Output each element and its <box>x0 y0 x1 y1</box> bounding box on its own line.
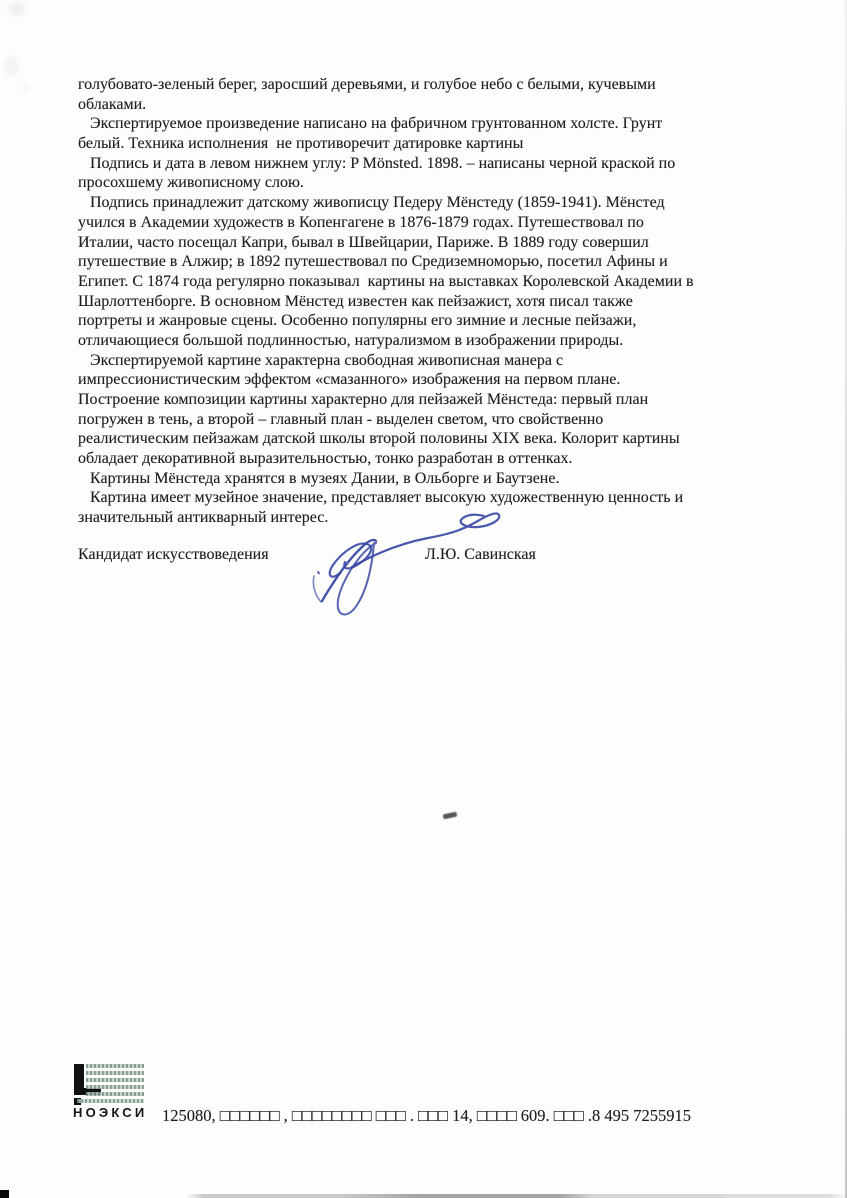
text-line: просохшему живописному слою. <box>78 173 768 193</box>
text-line: отличающиеся большой подлинностью, натур… <box>78 331 768 351</box>
signature-ink <box>300 498 515 633</box>
text-line: Подпись и дата в левом нижнем углу: P Mö… <box>78 154 768 174</box>
text-line: импрессионистическим эффектом «смазанног… <box>78 370 768 390</box>
text-line: реалистическим пейзажам датской школы вт… <box>78 429 768 449</box>
scan-smudge-top-left <box>8 2 26 16</box>
logo-microtext-row <box>86 1085 144 1089</box>
text-line: Картины Мёнстеда хранятся в музеях Дании… <box>78 469 768 489</box>
logo-microtext-row <box>77 1099 144 1103</box>
signer-title-label: Кандидат искусствоведения <box>78 546 269 564</box>
document-text-block: голубовато-зеленый берег, заросший дерев… <box>78 75 768 528</box>
text-line: учился в Академии художеств в Копенгаген… <box>78 213 768 233</box>
text-line: путешествие в Алжир; в 1892 путешествова… <box>78 252 768 272</box>
text-line: Италии, часто посещал Капри, бывал в Шве… <box>78 233 768 253</box>
footer-address: 125080, □□□□□□ , □□□□□□□□ □□□ . □□□ 14, … <box>162 1106 691 1126</box>
logo-wordmark: НОЭКСИ <box>73 1105 147 1120</box>
logo-microtext-row <box>86 1064 144 1068</box>
scan-smudge-left <box>4 56 19 76</box>
text-line: Экспертируемой картине характерна свобод… <box>78 351 768 371</box>
text-line: Египет. С 1874 года регулярно показывал … <box>78 272 768 292</box>
text-line: Подпись принадлежит датскому живописцу П… <box>78 193 768 213</box>
scan-smudge-left-2 <box>22 84 30 92</box>
text-line: белый. Техника исполнения не противоречи… <box>78 134 768 154</box>
text-line: Шарлоттенборге. В основном Мёнстед извес… <box>78 292 768 312</box>
text-line: Экспертируемое произведение написано на … <box>78 114 768 134</box>
scan-smudge-middle <box>443 812 458 820</box>
text-line: голубовато-зеленый берег, заросший дерев… <box>78 75 768 95</box>
scanned-document-page: голубовато-зеленый берег, заросший дерев… <box>0 0 847 1198</box>
text-line: Построение композиции картины характерно… <box>78 390 768 410</box>
text-line: портреты и жанровые сцены. Особенно попу… <box>78 311 768 331</box>
logo-microtext-row <box>86 1071 144 1075</box>
text-line: обладает декоративной выразительностью, … <box>78 449 768 469</box>
text-line: погружен в тень, а второй – главный план… <box>78 410 768 430</box>
logo-microtext-row <box>86 1078 144 1082</box>
text-line: облаками. <box>78 95 768 115</box>
scan-bottom-streak <box>0 1194 847 1198</box>
logo-microtext-row <box>86 1092 144 1096</box>
